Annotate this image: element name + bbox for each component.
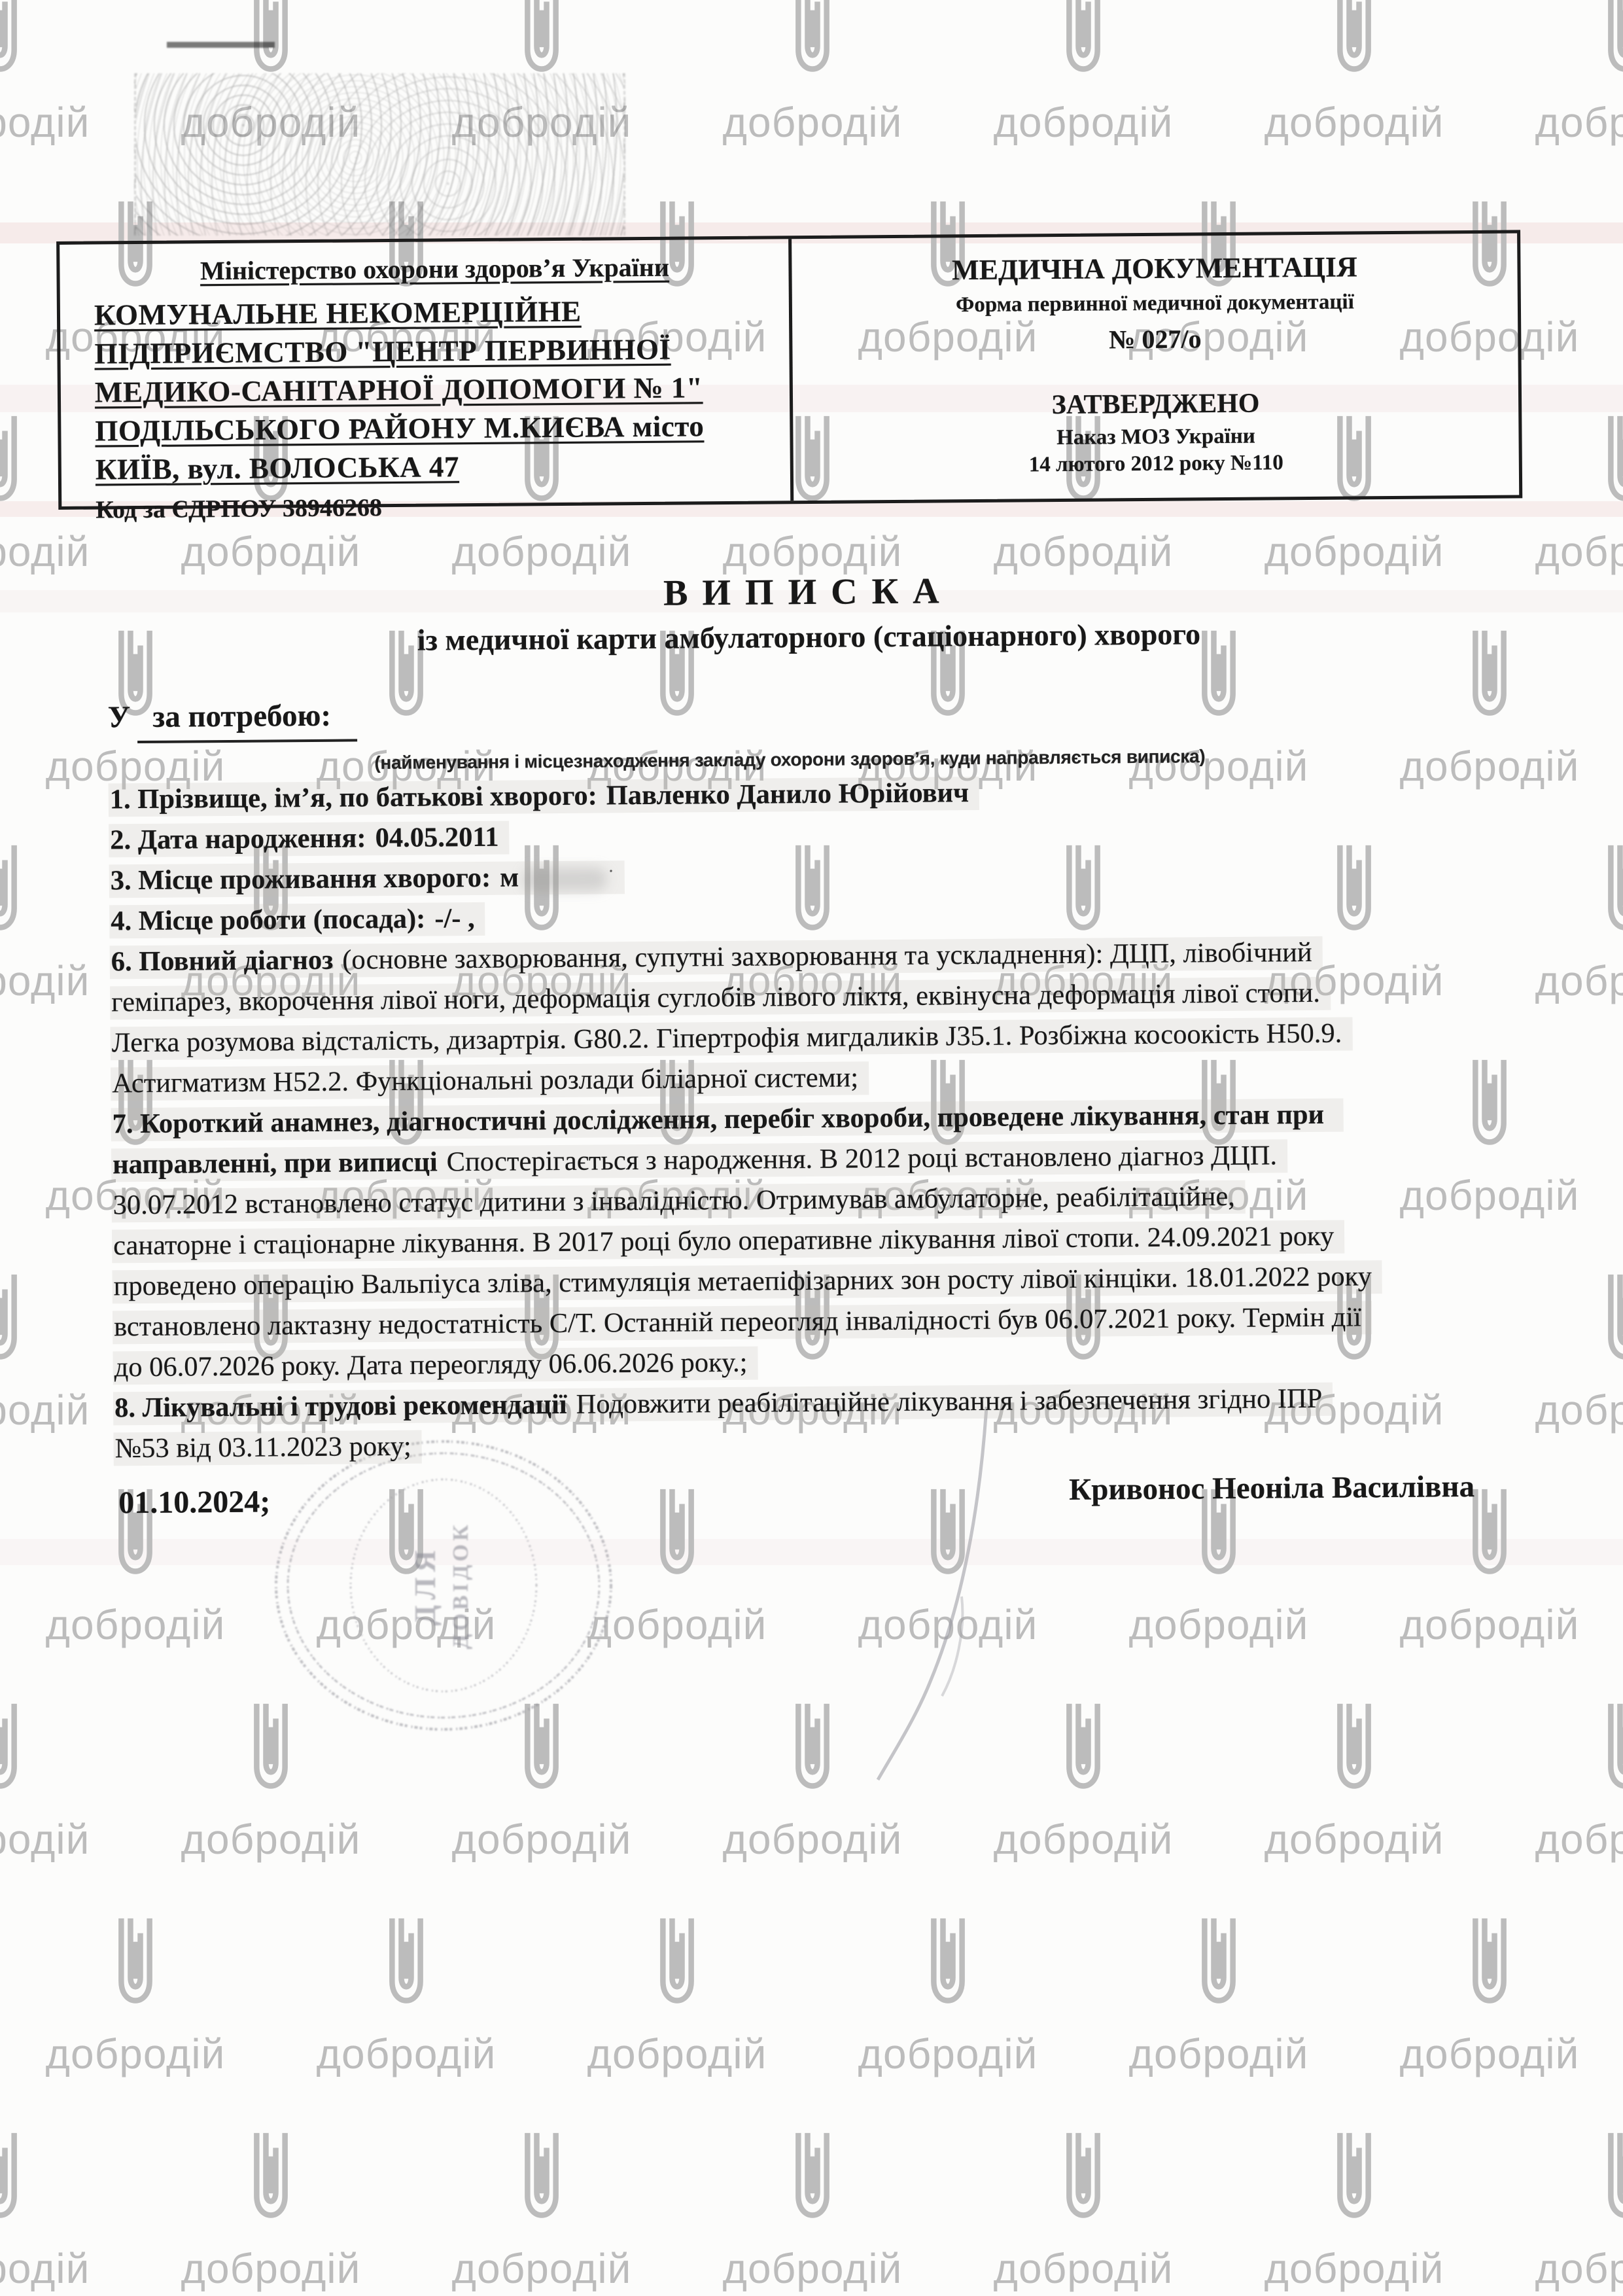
item-1-value: Павленко Данило Юрійович <box>606 777 969 811</box>
item-7-label-1: 7. Короткий анамнез, діагностичні дослід… <box>113 1099 1325 1140</box>
item-2-label: 2. Дата народження: <box>110 822 366 855</box>
document-content: Міністерство охорони здоров’я України КО… <box>0 0 1623 2296</box>
form-number: № 027/о <box>801 321 1509 357</box>
item-8-label: 8. Лікувальні і трудові рекомендації <box>114 1389 567 1423</box>
item-7-label-2: направленні, при виписці <box>113 1146 438 1180</box>
items-block: 1. Прізвище, ім’я, по батькові хворого:П… <box>109 769 1384 1469</box>
doctor-name: Кривонос Неоніла Василівна <box>1069 1469 1475 1508</box>
issuer-cell: Міністерство охорони здоров’я України КО… <box>60 239 790 506</box>
header-table: Міністерство охорони здоров’я України КО… <box>56 230 1522 510</box>
issuer-line-4: ПОДІЛЬСЬКОГО РАЙОНУ М.КИЄВА місто <box>95 406 777 450</box>
form-line: Форма первинної медичної документації <box>801 289 1509 319</box>
scanned-medical-extract-page: добродійдобродійдобродійдобродійдобродій… <box>0 0 1623 2296</box>
form-info-cell: МЕДИЧНА ДОКУМЕНТАЦІЯ Форма первинної мед… <box>792 233 1519 479</box>
approved-label: ЗАТВЕРДЖЕНО <box>802 386 1509 423</box>
edrpou-code: Код за ЄДРПОУ 38946268 <box>96 490 777 524</box>
recipient-prefix: У <box>108 700 131 734</box>
item-4-value: -/- , <box>434 903 475 934</box>
issuer-line-3: МЕДИКО-САНІТАРНОЇ ДОПОМОГИ № 1" <box>95 368 777 412</box>
issuer-line-2: ПІДПРИЄМСТВО "ЦЕНТР ПЕРВИННОЇ <box>94 329 776 373</box>
redacted-address <box>523 868 608 892</box>
ministry-line: Міністерство охорони здоров’я України <box>94 251 775 287</box>
item-6-text: (основне захворювання, супутні захворюва… <box>342 937 1312 976</box>
item-8-text-1: Подовжити реабілітаційне лікування і заб… <box>576 1383 1322 1420</box>
item-6-label: 6. Повний діагноз <box>111 945 334 978</box>
item-1-label: 1. Прізвище, ім’я, по батькові хворого: <box>110 781 597 815</box>
issuer-line-1: КОМУНАЛЬНЕ НЕКОМЕРЦІЙНЕ <box>94 291 776 334</box>
order-line: Наказ МОЗ України <box>802 423 1509 452</box>
recipient-caption: (найменування і місцезнаходження закладу… <box>374 746 1205 773</box>
order-date: 14 лютого 2012 року №110 <box>803 450 1510 479</box>
recipient-line: Уза потребою: <box>108 698 358 735</box>
recipient-value: за потребою: <box>137 698 357 743</box>
doc-type-title: МЕДИЧНА ДОКУМЕНТАЦІЯ <box>801 249 1508 288</box>
page-title: ВИПИСКА <box>0 565 1620 619</box>
issuer-line-5: КИЇВ, вул. ВОЛОСЬКА 47 <box>96 445 777 489</box>
item-3-label: 3. Місце проживання хворого: <box>111 862 491 896</box>
item-4-label: 4. Місце роботи (посада): <box>111 904 425 937</box>
item-3-value: м <box>500 862 519 892</box>
issue-date: 01.10.2024; <box>118 1483 270 1521</box>
stray-mark: ˙ <box>608 866 614 887</box>
item-7-text-1: Спостерігається з народження. В 2012 роц… <box>446 1140 1277 1177</box>
page-subtitle: із медичної карти амбулаторного (стаціон… <box>0 613 1620 660</box>
item-2-value: 04.05.2011 <box>375 822 498 853</box>
